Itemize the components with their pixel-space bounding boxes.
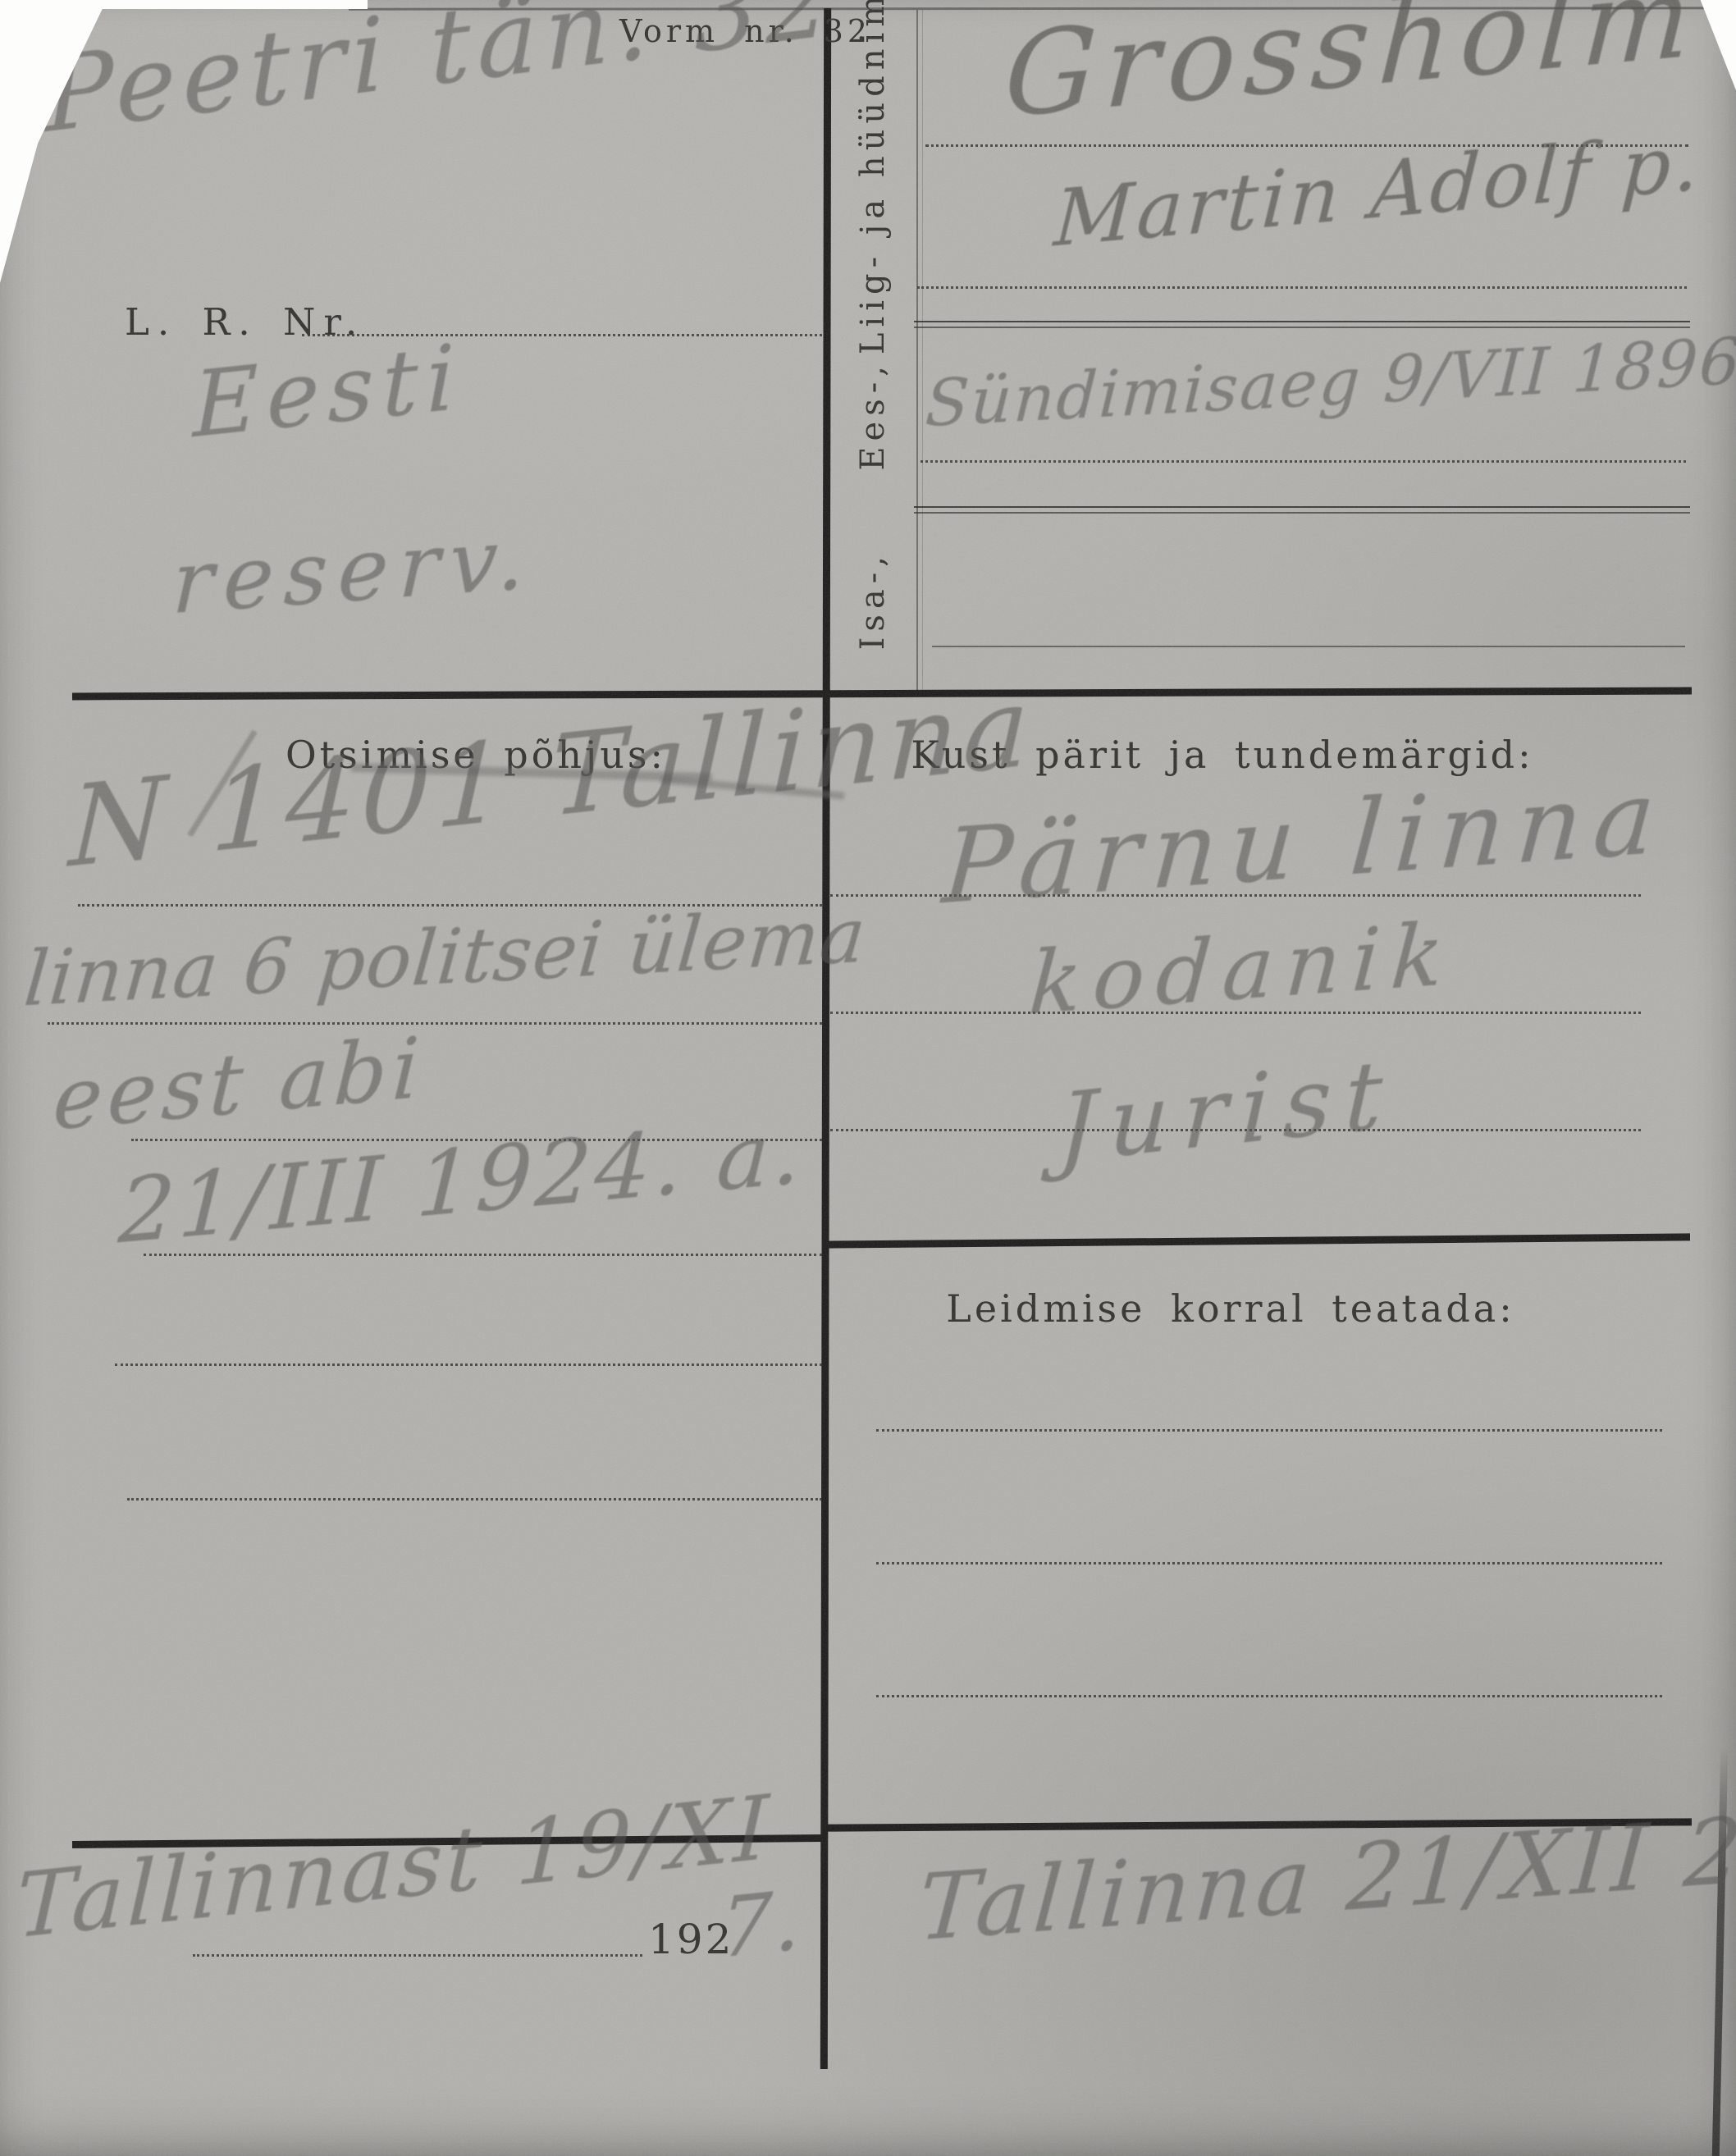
dotted-rule <box>921 460 1686 463</box>
dotted-rule <box>115 1363 822 1366</box>
first-name-label-cell: Ees-, <box>830 327 916 504</box>
dotted-rule <box>48 1022 822 1025</box>
double-rule <box>914 506 1690 514</box>
lr-nr-label: L. R. Nr. <box>125 300 365 344</box>
first-name-label: Ees-, <box>854 360 892 471</box>
dotted-rule <box>193 1954 642 1957</box>
dotted-rule <box>876 1562 1662 1564</box>
notify-header: Leidmise korral teatada: <box>902 1286 1559 1331</box>
surname-label: Liig- ja hüüdnimi <box>854 0 892 354</box>
dotted-rule <box>127 1498 822 1501</box>
dotted-rule <box>876 1429 1662 1432</box>
dotted-rule <box>876 1695 1662 1697</box>
surname-label-cell: Liig- ja hüüdnimi <box>830 11 916 317</box>
dotted-rule <box>917 286 1687 289</box>
handwritten-year-digit: 7. <box>719 1871 805 1977</box>
father-label-cell: Isa-, <box>830 510 916 691</box>
label-column-line-2 <box>922 10 923 696</box>
label-column-line <box>916 10 918 696</box>
thin-rule <box>932 646 1685 647</box>
dotted-rule <box>144 1254 822 1256</box>
scanned-wanted-card: Vorm nr. 32 Peetri tän. 32 L. R. Nr. Ees… <box>0 0 1736 2156</box>
double-rule <box>914 321 1690 328</box>
father-label: Isa-, <box>854 550 892 650</box>
